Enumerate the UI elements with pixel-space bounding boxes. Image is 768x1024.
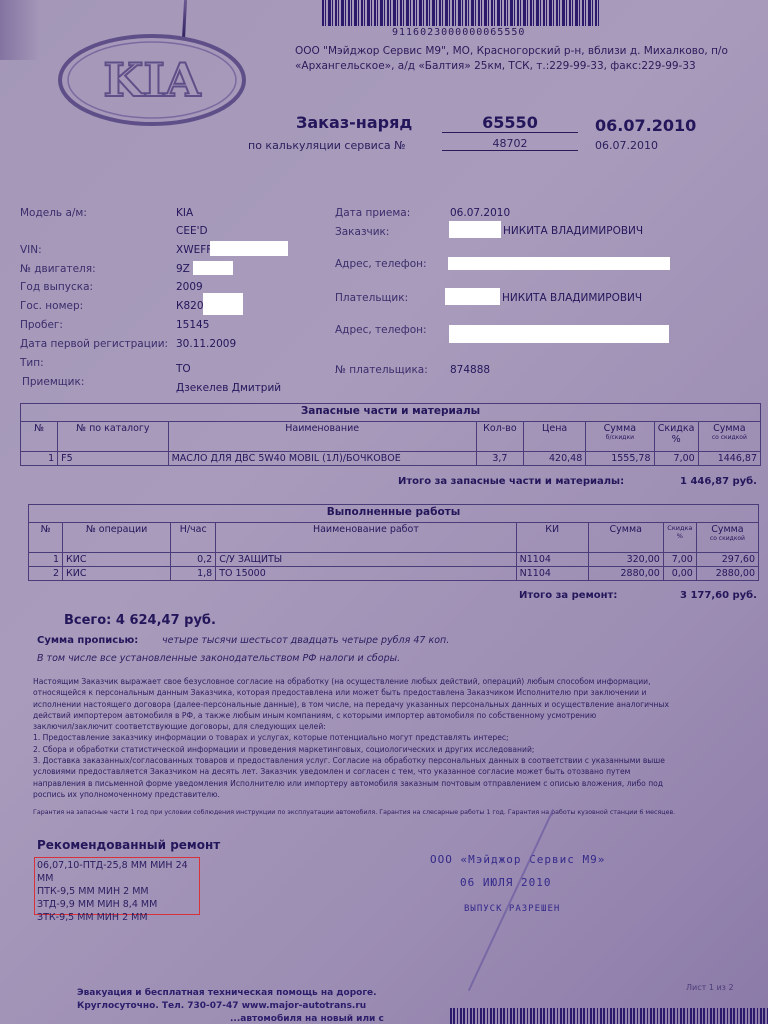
barcode-bottom [450,1008,768,1024]
redaction [445,288,500,305]
order-title: Заказ-наряд [296,113,412,132]
address-label: Адрес, телефон: [335,258,427,270]
recommended-line: ЗТД-9,9 ММ МИН 8,4 ММ [37,898,197,911]
vehicle-value: XWEFF [176,244,212,256]
cell-work-name: С/У ЗАЩИТЫ [216,553,516,567]
footer-line: Круглосуточно. Тел. 730-07-47 www.major-… [77,1000,377,1013]
vehicle-value: ТО [176,363,191,375]
recommended-line: ПТК-9,5 ММ МИН 2 ММ [37,885,197,898]
vehicle-value: CEE'D [176,225,208,237]
vehicle-label: № двигателя: [20,263,96,275]
cell-ki: N1104 [516,567,588,581]
order-date: 06.07.2010 [595,116,696,135]
customer-name: НИКИТА ВЛАДИМИРОВИЧ [503,225,643,237]
cell-discount: 7,00 [663,553,696,567]
parts-caption: Запасные части и материалы [21,404,761,422]
calc-date: 06.07.2010 [595,139,658,152]
cell-discount: 7,00 [654,452,698,466]
recommended-line: 06,07,10-ПТД-25,8 ММ МИН 24 ММ [37,859,197,885]
cell-name: МАСЛО ДЛЯ ДВС 5W40 MOBIL (1Л)/БОЧКОВОЕ [168,452,476,466]
calc-label: по калькуляции сервиса № [248,139,406,152]
page-indicator: Лист 1 из 2 [686,983,734,992]
redaction [448,257,670,270]
cell-discount: 0,00 [663,567,696,581]
works-caption: Выполненные работы [29,505,759,523]
parts-total-value: 1 446,87 руб. [680,476,757,487]
consent-line: условиями предоставляется Заказчиком на … [33,766,723,777]
payer-number-label: № плательщика: [335,364,428,376]
vehicle-value: 30.11.2009 [176,338,236,350]
vehicle-value: KIA [176,207,193,219]
vehicle-label: Год выпуска: [20,281,93,293]
company-address: ООО "Мэйджор Сервис М9", МО, Красногорск… [295,44,728,74]
company-line-2: «Архангельское», а/д «Балтия» 25км, ТСК,… [295,59,728,74]
cell-qty: 3,7 [476,452,523,466]
tax-note: В том числе все установленные законодате… [37,653,400,664]
barcode-top [322,0,600,26]
cell-sum: 2880,00 [588,567,663,581]
cell-no: 1 [21,452,58,466]
col-sum-sub: б/скидки [589,434,650,441]
col-sum-discount: Суммасо скидкой [696,523,758,553]
stamp-date: 06 ИЮЛЯ 2010 [460,876,551,889]
col-name: Наименование [168,422,476,452]
barcode-number: 9116023000000065550 [392,27,525,38]
amount-words-label: Сумма прописью: [37,635,138,646]
col-work-name: Наименование работ [216,523,516,553]
recommended-line: ЗТК-9,5 ММ МИН 2 ММ [37,911,197,924]
col-discount: Скидка% [654,422,698,452]
cell-sum: 1555,78 [586,452,654,466]
consent-line: относящейся к персональным данным Заказч… [33,687,723,698]
cell-sum-discount: 297,60 [696,553,758,567]
cell-operation: КИС [63,553,171,567]
col-sum-discount: Суммасо скидкой [698,422,760,452]
works-total-label: Итого за ремонт: [519,590,617,601]
payer-number-value: 874888 [450,364,490,376]
vehicle-label: Гос. номер: [20,300,83,312]
col-discount-sub: % [672,434,681,445]
consent-line: действий импортером автомобиля в РФ, а т… [33,710,723,721]
cell-sum-discount: 2880,00 [696,567,758,581]
receive-date-label: Дата приема: [335,207,410,219]
vehicle-value: К820 [176,300,204,312]
works-table: Выполненные работы № № операции Н/час На… [28,504,759,581]
payer-label: Плательщик: [335,292,408,304]
col-sum-label: Сумма [604,423,636,434]
vehicle-value: 9Z [176,263,190,275]
vehicle-label: VIN: [20,244,42,256]
consent-line: направления в письменной форме уведомлен… [33,778,723,789]
vehicle-label: Дата первой регистрации: [20,338,168,350]
stamp-company: ООО «Мэйджор Сервис М9» [430,853,605,866]
col-discount-label: Скидка [667,524,692,532]
col-sum-discount-sub: со скидкой [700,535,755,542]
signature [468,809,554,991]
col-no: № [21,422,58,452]
kia-logo: KIA [55,28,250,128]
cell-sum-discount: 1446,87 [698,452,760,466]
vehicle-value: 2009 [176,281,203,293]
order-number: 65550 [442,113,578,133]
cell-no: 1 [29,553,63,567]
consent-line: 2. Сбора и обработки статистической инфо… [33,744,723,755]
cell-hours: 1,8 [171,567,216,581]
footer-assistance: Эвакуация и бесплатная техническая помощ… [77,987,377,1013]
consent-text: Настоящим Заказчик выражает свое безусло… [33,676,723,800]
recommended-box: 06,07,10-ПТД-25,8 ММ МИН 24 ММ ПТК-9,5 М… [34,857,200,915]
col-catalog: № по каталогу [58,422,168,452]
vehicle-label: Приемщик: [22,376,84,388]
consent-line: Настоящим Заказчик выражает свое безусло… [33,676,723,687]
col-discount-sub: % [677,532,683,540]
table-row: 1 КИС 0,2 С/У ЗАЩИТЫ N1104 320,00 7,00 2… [29,553,759,567]
consent-line: 1. Предоставление заказчику информации о… [33,732,723,743]
col-sum-discount-sub: со скидкой [702,434,757,441]
col-price: Цена [524,422,586,452]
parts-header-row: № № по каталогу Наименование Кол-во Цена… [21,422,761,452]
works-header-row: № № операции Н/час Наименование работ КИ… [29,523,759,553]
consent-line: 3. Доставка заказанных/согласованных тов… [33,755,723,766]
redaction [193,261,233,275]
col-ki: КИ [516,523,588,553]
photo-shadow [0,0,40,60]
redaction [449,325,669,343]
table-row: 1 F5 МАСЛО ДЛЯ ДВС 5W40 MOBIL (1Л)/БОЧКО… [21,452,761,466]
cell-sum: 320,00 [588,553,663,567]
consent-line: исполнении настоящего договора (далее-пе… [33,699,723,710]
col-sum: Суммаб/скидки [586,422,654,452]
consent-line: заключил/заключит соответствующие догово… [33,721,723,732]
vehicle-value: 15145 [176,319,209,331]
receive-date-value: 06.07.2010 [450,207,510,219]
vehicle-label: Тип: [20,357,44,369]
col-discount: Скидка% [663,523,696,553]
footer-line: Эвакуация и бесплатная техническая помощ… [77,987,377,1000]
amount-words-value: четыре тысячи шестьсот двадцать четыре р… [162,635,449,646]
svg-text:KIA: KIA [103,53,201,107]
vehicle-value: Дзекелев Дмитрий [176,382,281,394]
col-operation: № операции [63,523,171,553]
recommended-title: Рекомендованный ремонт [37,838,220,852]
cell-operation: КИС [63,567,171,581]
grand-total: Всего: 4 624,47 руб. [64,613,216,628]
vehicle-label: Пробег: [20,319,63,331]
warranty-text: Гарантия на запасные части 1 год при усл… [33,808,723,818]
redaction [449,221,501,238]
col-qty: Кол-во [476,422,523,452]
cell-ki: N1104 [516,553,588,567]
cell-work-name: ТО 15000 [216,567,516,581]
col-no: № [29,523,63,553]
footer-cut-line: ...автомобиля на новый или с [230,1014,384,1024]
consent-line: роспись их уполномоченному представителю… [33,789,723,800]
customer-label: Заказчик: [335,226,389,238]
cell-price: 420,48 [524,452,586,466]
col-hours: Н/час [171,523,216,553]
payer-name: НИКИТА ВЛАДИМИРОВИЧ [502,292,642,304]
cell-catalog: F5 [58,452,168,466]
payer-address-label: Адрес, телефон: [335,324,427,336]
works-total-value: 3 177,60 руб. [680,590,757,601]
vehicle-label: Модель а/м: [20,207,87,219]
col-discount-label: Скидка [658,423,695,434]
company-line-1: ООО "Мэйджор Сервис М9", МО, Красногорск… [295,44,728,59]
redaction [210,241,288,256]
parts-table: Запасные части и материалы № № по катало… [20,403,761,466]
col-sum: Сумма [588,523,663,553]
redaction [203,293,243,315]
col-sum-discount-label: Сумма [713,423,745,434]
col-sum-discount-label: Сумма [711,524,743,535]
stamp-release: ВЫПУСК РАЗРЕШЕН [464,904,560,914]
cell-no: 2 [29,567,63,581]
parts-total-label: Итого за запасные части и материалы: [398,476,624,487]
table-row: 2 КИС 1,8 ТО 15000 N1104 2880,00 0,00 28… [29,567,759,581]
cell-hours: 0,2 [171,553,216,567]
calc-number: 48702 [442,137,578,151]
